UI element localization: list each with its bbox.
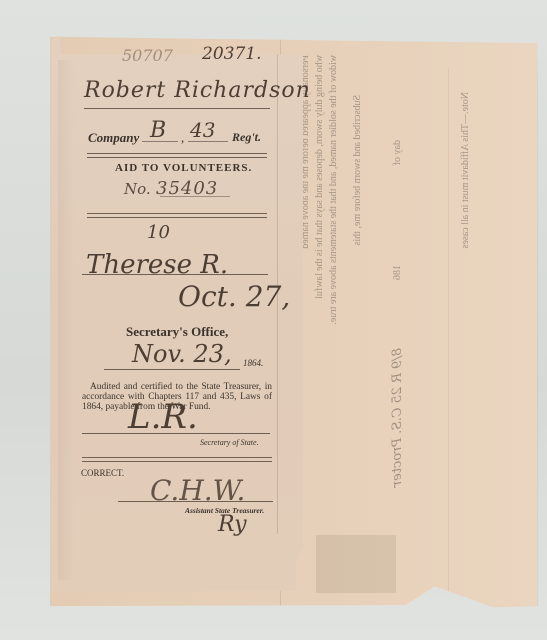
entry-number: 10 xyxy=(147,222,170,243)
name-underline xyxy=(84,108,270,109)
company-underline xyxy=(142,141,178,142)
treasurer-sign-line xyxy=(118,501,273,502)
back-bleed-line-2: who being duly sworn, deposes and says t… xyxy=(314,55,325,299)
secretary-signature: L.R. xyxy=(128,400,198,434)
office-date-underline xyxy=(104,369,240,370)
secretary-title: Secretary of State. xyxy=(200,438,259,447)
correct-label: CORRECT. xyxy=(81,468,124,478)
back-note: Note.—This Affidavit must in all cases xyxy=(460,92,471,248)
back-bleed-line-4: Subscribed and sworn before me, this xyxy=(352,95,363,246)
secretary-office-label: Secretary's Office, xyxy=(126,324,228,340)
soldier-name: Robert Richardson xyxy=(84,78,311,103)
back-handwritten-fragment: 8/9 R 25 C.S. Procter xyxy=(390,348,405,487)
section-divider-2 xyxy=(87,213,267,218)
treasurer-initials: Ry xyxy=(218,512,247,537)
back-year-prefix: 186 xyxy=(392,265,403,280)
recipient-underline xyxy=(82,274,268,275)
regiment-suffix: Reg't. xyxy=(232,130,261,145)
back-bleed-line-3: widow of the soldier named, and that the… xyxy=(328,55,339,325)
received-date: Oct. 27, xyxy=(178,280,290,313)
regiment-value: 43 xyxy=(190,118,215,142)
section-divider-3 xyxy=(82,457,272,462)
voucher-number-underline xyxy=(160,196,230,197)
comma: , xyxy=(181,130,184,146)
aid-to-volunteers-heading: AID TO VOLUNTEERS. xyxy=(115,162,252,174)
secretary-sign-line xyxy=(82,433,270,434)
slip-edge-shadow xyxy=(58,60,74,580)
company-label: Company xyxy=(88,130,139,146)
regiment-underline xyxy=(188,141,228,142)
back-day-of: day of xyxy=(392,140,403,165)
paper-stain xyxy=(316,535,396,593)
voucher-slip xyxy=(52,38,303,591)
office-date: Nov. 23, xyxy=(132,340,232,368)
treasurer-signature: C.H.W. xyxy=(150,474,245,507)
recipient-name: Therese R. xyxy=(86,250,228,280)
faint-file-number: 50707 xyxy=(122,46,173,65)
section-divider-1 xyxy=(87,153,267,158)
fold-crease-secondary xyxy=(448,68,449,608)
voucher-number-prefix: No. xyxy=(124,180,151,198)
office-date-year: 1864. xyxy=(243,358,263,368)
file-number: 20371. xyxy=(202,44,261,64)
company-value: B xyxy=(150,118,166,143)
